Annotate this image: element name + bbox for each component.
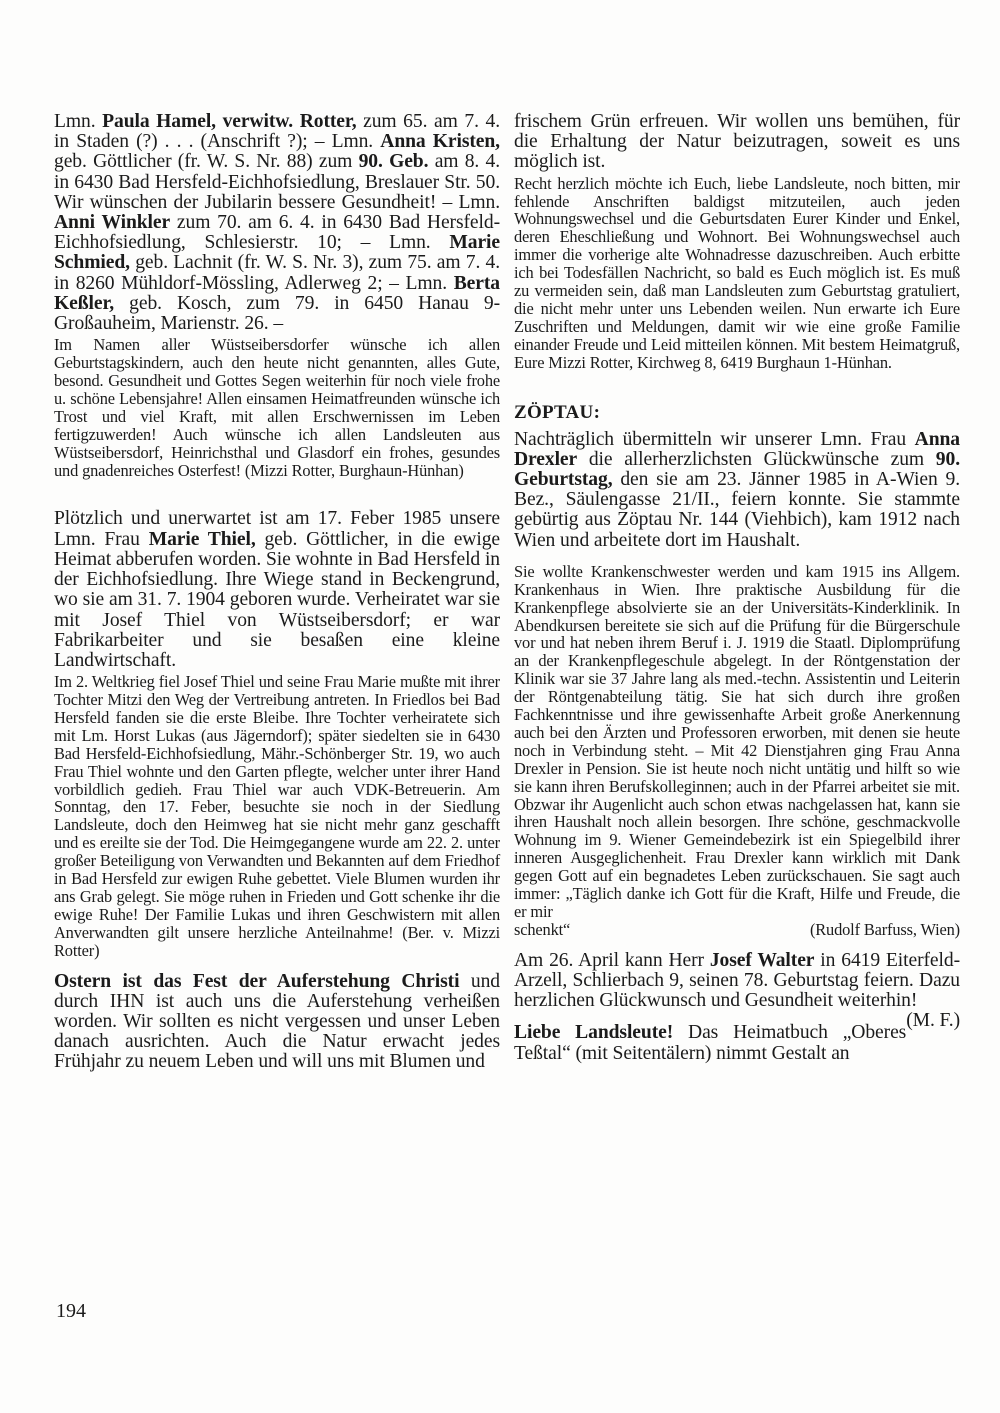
birthday-list: Lmn. Paula Hamel, verwitw. Rotter, zum 6… — [54, 112, 500, 334]
walter-birthday: Am 26. April kann Herr Josef Walter in 6… — [514, 951, 960, 1012]
obituary-continued: Im 2. Weltkrieg fiel Josef Thiel und sei… — [54, 673, 500, 960]
obituary-marie-thiel: Plötzlich und unerwartet ist am 17. Febe… — [54, 509, 500, 671]
easter-continued: frischem Grün erfreuen. Wir wollen uns b… — [514, 112, 960, 173]
page-number: 194 — [56, 1300, 86, 1323]
address-request: Recht herzlich möchte ich Euch, liebe La… — [514, 175, 960, 372]
right-column: frischem Grün erfreuen. Wir wollen uns b… — [514, 112, 960, 1064]
heimatbuch-notice: Liebe Landsleute! Das Heimatbuch „Oberes… — [514, 1023, 960, 1063]
drexler-biography: Sie wollte Krankenschwester werden und k… — [514, 563, 960, 921]
name-marie-thiel: Marie Thiel, — [149, 529, 256, 550]
section-heading-zoeptau: ZÖPTAU: — [514, 402, 960, 424]
author-rudolf-barfuss: (Rudolf Barfuss, Wien) — [810, 921, 960, 939]
easter-message: Ostern ist das Fest der Auferstehung Chr… — [54, 972, 500, 1073]
birthday-greeting: Im Namen aller Wüstseibersdorfer wünsche… — [54, 336, 500, 479]
name-paula-hamel: Paula Hamel, verwitw. Rotter, — [102, 111, 356, 132]
drexler-birthday: Nachträglich übermitteln wir unserer Lmn… — [514, 430, 960, 551]
author-mf: (M. F.) — [906, 1011, 960, 1031]
name-josef-walter: Josef Walter — [710, 950, 815, 971]
heimatbuch-heading: Liebe Landsleute! — [514, 1022, 673, 1043]
name-anna-kristen: Anna Kristen, — [380, 131, 500, 152]
easter-heading: Ostern ist das Fest der Auferstehung Chr… — [54, 971, 459, 992]
drexler-signature: schenkt“ (Rudolf Barfuss, Wien) — [514, 921, 960, 939]
name-anni-winkler: Anni Winkler — [54, 212, 170, 233]
age-90: 90. Geb. — [359, 151, 429, 172]
left-column: Lmn. Paula Hamel, verwitw. Rotter, zum 6… — [54, 112, 500, 1073]
